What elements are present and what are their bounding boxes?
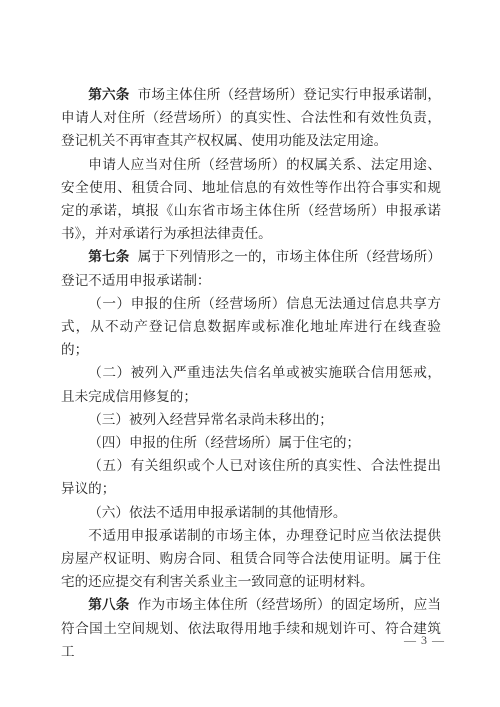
article-number: 第七条 [88,249,129,264]
paragraph-article-8: 第八条作为市场主体住所（经营场所）的固定场所，应当符合国土空间规划、依法取得用地… [61,593,441,663]
paragraph-text: （二）被列入严重违法失信名单或被实施联合信用惩戒，且未完成信用修复的； [61,365,441,403]
paragraph: 申请人应当对住所（经营场所）的权属关系、法定用途、安全使用、租赁合同、地址信息的… [61,153,441,246]
paragraph-text: 申请人应当对住所（经营场所）的权属关系、法定用途、安全使用、租赁合同、地址信息的… [61,157,441,242]
paragraph: 不适用申报承诺制的市场主体，办理登记时应当依法提供房屋产权证明、购房合同、租赁合… [61,524,441,594]
paragraph-text: （四）申报的住所（经营场所）属于住宅的； [88,435,360,450]
article-number: 第六条 [88,87,129,102]
list-item-4: （四）申报的住所（经营场所）属于住宅的； [61,431,441,454]
paragraph-text: （一）申报的住所（经营场所）信息无法通过信息共享方式，从不动产登记信息数据库或标… [61,296,441,357]
paragraph-text: （三）被列入经营异常名录尚未移出的； [88,412,333,427]
document-body: 第六条市场主体住所（经营场所）登记实行申报承诺制，申请人对住所（经营场所）的真实… [61,83,441,663]
paragraph-text: 不适用申报承诺制的市场主体，办理登记时应当依法提供房屋产权证明、购房合同、租赁合… [61,528,441,589]
paragraph-article-6: 第六条市场主体住所（经营场所）登记实行申报承诺制，申请人对住所（经营场所）的真实… [61,83,441,153]
list-item-5: （五）有关组织或个人已对该住所的真实性、合法性提出异议的； [61,454,441,500]
paragraph-article-7: 第七条属于下列情形之一的，市场主体住所（经营场所）登记不适用申报承诺制： [61,245,441,291]
page-number: — 3 — [404,633,445,648]
document-page: 第六条市场主体住所（经营场所）登记实行申报承诺制，申请人对住所（经营场所）的真实… [0,0,500,707]
paragraph-text: （六）依法不适用申报承诺制的其他情形。 [88,505,346,520]
list-item-1: （一）申报的住所（经营场所）信息无法通过信息共享方式，从不动产登记信息数据库或标… [61,292,441,362]
article-number: 第八条 [88,597,129,612]
list-item-6: （六）依法不适用申报承诺制的其他情形。 [61,501,441,524]
list-item-2: （二）被列入严重违法失信名单或被实施联合信用惩戒，且未完成信用修复的； [61,361,441,407]
paragraph-text: （五）有关组织或个人已对该住所的真实性、合法性提出异议的； [61,458,441,496]
list-item-3: （三）被列入经营异常名录尚未移出的； [61,408,441,431]
